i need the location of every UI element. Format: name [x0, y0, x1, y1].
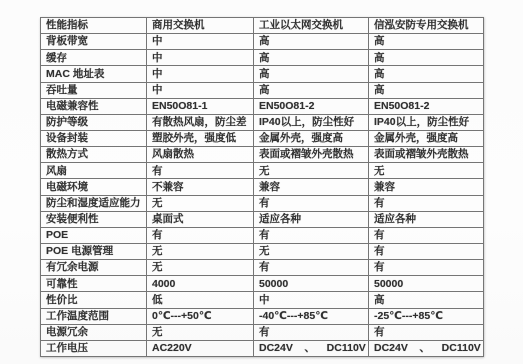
table-cell: 金属外壳，强度高: [369, 130, 484, 146]
table-cell: 低: [147, 292, 254, 308]
table-cell: 金属外壳，强度高: [254, 130, 369, 146]
comparison-table: 性能指标商用交换机工业以太网交换机信泓安防专用交换机背板带宽中高高缓存中高高MA…: [40, 17, 484, 357]
table-cell: 高: [369, 50, 484, 66]
table-row: 电磁环境不兼容兼容兼容: [41, 179, 484, 195]
table-cell: 有: [369, 243, 484, 259]
table-cell: 背板带宽: [41, 34, 147, 50]
table-cell: 无: [147, 260, 254, 276]
table-cell: 有: [254, 195, 369, 211]
table-row: 吞吐量中高高: [41, 82, 484, 98]
table-cell: 中: [147, 66, 254, 82]
table-cell: 有冗余电源: [41, 260, 147, 276]
table-cell: 高: [254, 66, 369, 82]
table-cell: IP40以上，防尘性好: [369, 114, 484, 130]
table-cell: 塑胶外壳，强度低: [147, 130, 254, 146]
table-row: 缓存中高高: [41, 50, 484, 66]
table-cell: EN50O81-1: [147, 98, 254, 114]
table-cell: 无: [147, 195, 254, 211]
table-cell: 适应各种: [254, 211, 369, 227]
table-row: 工作温度范围0℃---+50℃-40℃---+85℃-25℃---+85℃: [41, 308, 484, 324]
table-cell: 50000: [369, 276, 484, 292]
table-cell: 无: [147, 324, 254, 340]
table-body: 性能指标商用交换机工业以太网交换机信泓安防专用交换机背板带宽中高高缓存中高高MA…: [41, 18, 484, 357]
table-row: 有冗余电源无有有: [41, 260, 484, 276]
table-cell: 有: [254, 324, 369, 340]
table-cell: 中: [147, 34, 254, 50]
table-row: POE 电源管理无无有: [41, 243, 484, 259]
table-cell: 防尘和湿度适应能力: [41, 195, 147, 211]
table-cell: 不兼容: [147, 179, 254, 195]
table-row: 防护等级有散热风扇，防尘差IP40以上，防尘性好IP40以上，防尘性好: [41, 114, 484, 130]
header-cell: 性能指标: [41, 18, 147, 34]
table-cell: 无: [369, 163, 484, 179]
header-cell: 商用交换机: [147, 18, 254, 34]
table-cell: 兼容: [254, 179, 369, 195]
table-cell: 高: [254, 34, 369, 50]
table-cell: 工作电压: [41, 340, 147, 356]
table-cell: 缓存: [41, 50, 147, 66]
table-cell: 无: [254, 163, 369, 179]
table-row: POE有有有: [41, 227, 484, 243]
table-cell: 吞吐量: [41, 82, 147, 98]
table-cell: 风扇: [41, 163, 147, 179]
table-cell: EN50O81-2: [254, 98, 369, 114]
table-cell: 50000: [254, 276, 369, 292]
header-cell: 信泓安防专用交换机: [369, 18, 484, 34]
table-cell: 0℃---+50℃: [147, 308, 254, 324]
page: 性能指标商用交换机工业以太网交换机信泓安防专用交换机背板带宽中高高缓存中高高MA…: [0, 0, 523, 364]
table-cell: 有: [369, 324, 484, 340]
table-cell: 电源冗余: [41, 324, 147, 340]
table-cell: 中: [254, 292, 369, 308]
table-cell: 防护等级: [41, 114, 147, 130]
table-cell: 有: [254, 260, 369, 276]
table-cell: -40℃---+85℃: [254, 308, 369, 324]
table-row: 设备封装塑胶外壳，强度低金属外壳，强度高金属外壳，强度高: [41, 130, 484, 146]
table-cell: 有: [369, 260, 484, 276]
table-row: 可靠性40005000050000: [41, 276, 484, 292]
table-cell: 高: [254, 50, 369, 66]
table-cell: -25℃---+85℃: [369, 308, 484, 324]
table-cell: DC24V 、 DC110V: [369, 340, 484, 356]
table-cell: 高: [369, 292, 484, 308]
table-cell: 高: [254, 82, 369, 98]
table-cell: 有: [369, 195, 484, 211]
table-cell: AC220V: [147, 340, 254, 356]
table-row: MAC 地址表中高高: [41, 66, 484, 82]
table-cell: 工作温度范围: [41, 308, 147, 324]
table-row: 背板带宽中高高: [41, 34, 484, 50]
table-row: 防尘和湿度适应能力无有有: [41, 195, 484, 211]
table-cell: 设备封装: [41, 130, 147, 146]
table-row: 风扇有无无: [41, 163, 484, 179]
table-cell: 适应各种: [369, 211, 484, 227]
table-row: 散热方式风扇散热表面或褶皱外壳散热表面或褶皱外壳散热: [41, 147, 484, 163]
table-cell: DC24V 、 DC110V: [254, 340, 369, 356]
table-cell: 中: [147, 82, 254, 98]
table-row: 电源冗余无有有: [41, 324, 484, 340]
table-cell: 高: [369, 66, 484, 82]
table-cell: 有: [147, 227, 254, 243]
comparison-table-container: 性能指标商用交换机工业以太网交换机信泓安防专用交换机背板带宽中高高缓存中高高MA…: [40, 17, 483, 357]
table-cell: 高: [369, 82, 484, 98]
table-cell: IP40以上，防尘性好: [254, 114, 369, 130]
table-cell: 兼容: [369, 179, 484, 195]
table-cell: 无: [254, 243, 369, 259]
table-cell: 中: [147, 50, 254, 66]
table-row: 性价比低中高: [41, 292, 484, 308]
table-cell: 有: [147, 163, 254, 179]
table-row: 安装便利性桌面式适应各种适应各种: [41, 211, 484, 227]
table-cell: 电磁兼容性: [41, 98, 147, 114]
header-cell: 工业以太网交换机: [254, 18, 369, 34]
table-row: 工作电压AC220VDC24V 、 DC110VDC24V 、 DC110V: [41, 340, 484, 356]
table-cell: 性价比: [41, 292, 147, 308]
table-cell: POE: [41, 227, 147, 243]
table-cell: MAC 地址表: [41, 66, 147, 82]
table-cell: 表面或褶皱外壳散热: [369, 147, 484, 163]
table-cell: 有: [254, 227, 369, 243]
table-cell: 风扇散热: [147, 147, 254, 163]
table-cell: 高: [369, 34, 484, 50]
header-row: 性能指标商用交换机工业以太网交换机信泓安防专用交换机: [41, 18, 484, 34]
table-cell: 4000: [147, 276, 254, 292]
table-cell: 散热方式: [41, 147, 147, 163]
table-cell: 安装便利性: [41, 211, 147, 227]
table-cell: 有: [369, 227, 484, 243]
table-cell: 有散热风扇，防尘差: [147, 114, 254, 130]
table-cell: 表面或褶皱外壳散热: [254, 147, 369, 163]
table-cell: 可靠性: [41, 276, 147, 292]
table-cell: 无: [147, 243, 254, 259]
table-cell: 电磁环境: [41, 179, 147, 195]
table-cell: EN50O81-2: [369, 98, 484, 114]
table-cell: 桌面式: [147, 211, 254, 227]
table-cell: POE 电源管理: [41, 243, 147, 259]
table-row: 电磁兼容性EN50O81-1EN50O81-2EN50O81-2: [41, 98, 484, 114]
